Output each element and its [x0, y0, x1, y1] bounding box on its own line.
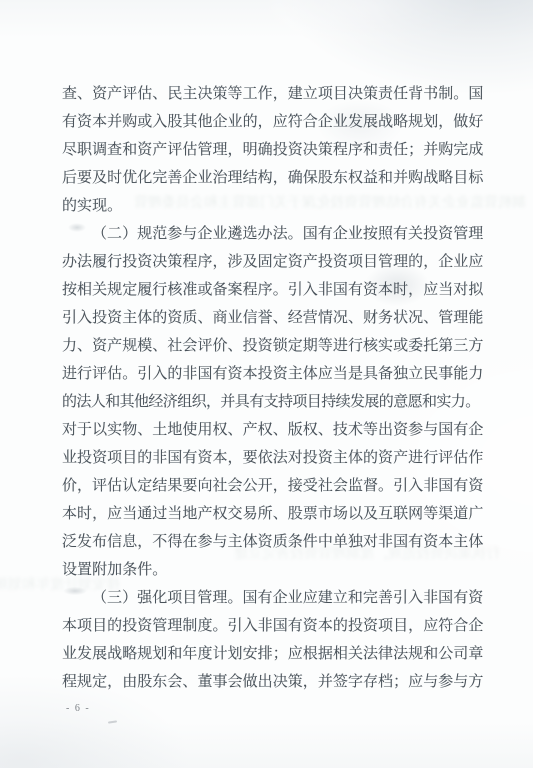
text-line: 尽职调查和资产评估管理，明确投资决策程序和责任；并购完成	[62, 136, 486, 164]
text-line: 进行评估。引入的非国有资本投资主体应当是具备独立民事能力	[62, 360, 486, 388]
text-line: 的法人和其他经济组织，并具有支持项目持续发展的意愿和实力。	[62, 388, 486, 416]
text-line: 业投资项目的非国有资本，要依法对投资主体的资产进行评估作	[62, 444, 486, 472]
text-line: 有资本并购或入股其他企业的，应符合企业发展战略规划，做好	[62, 108, 486, 136]
text-line: 业发展战略规划和年度计划安排；应根据相关法律法规和公司章	[62, 640, 486, 668]
text-line: 按相关规定履行核准或备案程序。引入非国有资本时，应当对拟	[62, 276, 486, 304]
text-line: （三）强化项目管理。国有企业应建立和完善引入非国有资	[62, 584, 486, 612]
paragraph: 查、资产评估、民主决策等工作，建立项目决策责任背书制。国 有资本并购或入股其他企…	[62, 80, 486, 220]
text-line: 后要及时优化完善企业治理结构，确保股东权益和并购战略目标	[62, 164, 486, 192]
text-line: 查、资产评估、民主决策等工作，建立项目决策责任背书制。国	[62, 80, 486, 108]
document-body: 查、资产评估、民主决策等工作，建立项目决策责任背书制。国 有资本并购或入股其他企…	[62, 80, 486, 696]
page-number: - 6 -	[66, 703, 90, 714]
text-line: 的实现。	[62, 192, 486, 220]
text-line: 引入投资主体的资质、商业信誉、经营情况、财务状况、管理能	[62, 304, 486, 332]
paragraph: （三）强化项目管理。国有企业应建立和完善引入非国有资 本项目的投资管理制度。引入…	[62, 584, 486, 696]
text-line: （二）规范参与企业遴选办法。国有企业按照有关投资管理	[62, 220, 486, 248]
scanned-document-page: 制机管监业企关有合结理管资投化深于关门部管主和会员委理管 行执策决资投范规，度制…	[0, 0, 533, 768]
text-line: 力、资产规模、社会评价、投资锁定期等进行核实或委托第三方	[62, 332, 486, 360]
text-line: 本项目的投资管理制度。引入非国有资本的投资项目，应符合企	[62, 612, 486, 640]
paragraph: （二）规范参与企业遴选办法。国有企业按照有关投资管理 办法履行投资决策程序，涉及…	[62, 220, 486, 584]
text-line: 办法履行投资决策程序，涉及固定资产投资项目管理的，企业应	[62, 248, 486, 276]
text-line: 程规定，由股东会、董事会做出决策，并签字存档；应与参与方	[62, 668, 486, 696]
text-line: 价，评估认定结果要向社会公开，接受社会监督。引入非国有资	[62, 472, 486, 500]
scan-speck	[108, 720, 117, 723]
text-line: 设置附加条件。	[62, 556, 486, 584]
text-line: 本时，应当通过当地产权交易所、股票市场以及互联网等渠道广	[62, 500, 486, 528]
text-line: 对于以实物、土地使用权、产权、版权、技术等出资参与国有企	[62, 416, 486, 444]
text-line: 泛发布信息，不得在参与主体资质条件中单独对非国有资本主体	[62, 528, 486, 556]
